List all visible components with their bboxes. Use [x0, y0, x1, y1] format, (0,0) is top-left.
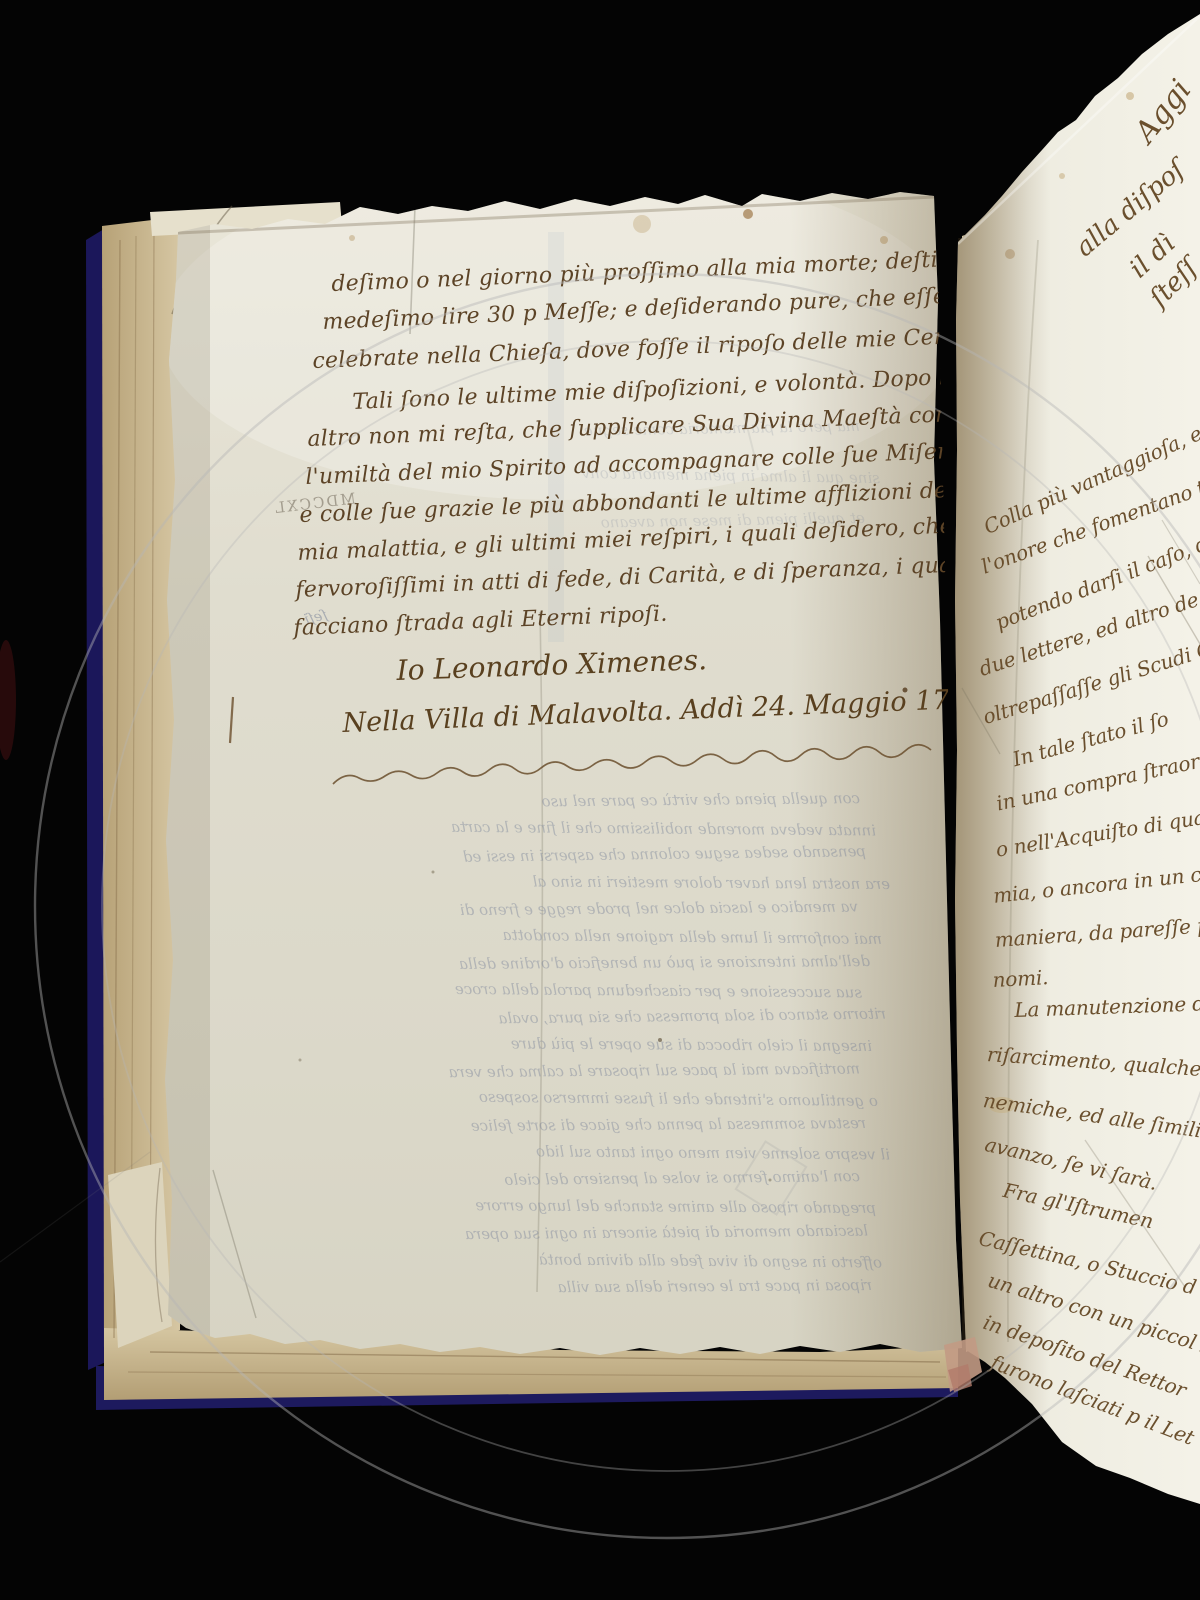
page-block-bottom-edges: [104, 1328, 958, 1400]
signature-flourish: [333, 745, 931, 784]
manuscript-line: Fra gl'Iſtrumen: [1001, 1178, 1156, 1233]
manuscript-fragment: il dì: [1124, 229, 1181, 285]
bleedthrough-line: era nostra lena haver dolore mestieri in…: [330, 871, 890, 893]
manuscript-line: furono laſciati p il Let: [987, 1350, 1197, 1450]
bleedthrough-mark: ſeſi: [267, 607, 329, 637]
bleedthrough-line: dell'alma intenzione si può un beneficio…: [310, 952, 870, 974]
page-block-left-edges: [102, 216, 186, 1352]
bleedthrough-line: sine qua li alma in piena memoria conv: [520, 463, 880, 487]
book-photo: [0, 0, 1200, 1600]
bleedthrough-line: innata vedeva morende nobilissimo che il…: [316, 817, 876, 840]
bleedthrough-line: il vespro solenne vien meno ogni tanto s…: [330, 1141, 890, 1164]
watermark-ring: [0, 0, 1200, 1600]
red-smudge: [0, 640, 16, 760]
bleedthrough-line: et quelli piena di mese non aveano: [505, 509, 865, 533]
manuscript-line: oltrepaſſaſſe gli Scudi C: [980, 636, 1200, 729]
bleedthrough-line: pregando riposo alle anime stanche del l…: [316, 1195, 876, 1217]
torn-paper-fragment: [944, 1337, 982, 1392]
bleedthrough-line: mai conforme il lume della ragione nella…: [322, 924, 882, 948]
bleedthrough-line: lasciando memoria di pietà sincera in og…: [308, 1222, 868, 1245]
manuscript-line: facciano ſtrada agli Eterni ripoſi.: [293, 602, 668, 641]
left-page-text: deſimo o nel giorno più proſſimo alla mi…: [0, 0, 1200, 1600]
manuscript-line: deſimo o nel giorno più proſſimo alla mi…: [331, 243, 1051, 297]
manuscript-line: o nell'Acquiſto di qual: [994, 804, 1200, 862]
bleedthrough-line: con quella piena che virtù ce pare nel u…: [300, 789, 860, 813]
gutter-shadow-line: [960, 238, 964, 1350]
manuscript-fragment: ſteſſ: [1144, 253, 1200, 313]
manuscript-fragment: Aggi: [1128, 73, 1198, 149]
bleedthrough-line: sua successione e per ciascheduna parola…: [302, 979, 862, 1002]
under-sheet-top-corner: [150, 202, 342, 236]
bleedthrough-line: offerto in segno di viva fede alla divin…: [322, 1249, 882, 1272]
manuscript-line: l'onore che fomentano tutt: [978, 465, 1200, 578]
signature-line: Io Leonardo Ximenes.: [396, 643, 707, 687]
manuscript-line: fervoroſiſſimi in atti di fede, di Carit…: [295, 551, 1003, 603]
manuscript-line: e colle ſue grazie le più abbondanti le …: [299, 477, 976, 528]
bleedthrough-line: con l'animo fermo si volse al pensiero d…: [300, 1167, 860, 1191]
photo-stage: ma però la pia memoria come segue sine q…: [0, 0, 1200, 1600]
bleedthrough-line: restava sommessa la penna che giace di s…: [306, 1114, 866, 1136]
foxing-stains: [299, 92, 1135, 1182]
manuscript-line: medeſimo lire 30 p Meſſe; e deſiderando …: [322, 281, 1010, 335]
bleedthrough-line: insegna il cielo ribocca di sue opere le…: [312, 1033, 872, 1055]
manuscript-line: in una compra ſtraordina: [994, 740, 1200, 816]
manuscript-line: riſarcimento, qualche av: [986, 1042, 1200, 1083]
right-page: [955, 14, 1200, 1504]
manuscript-line: Colla più vantaggioſa, e ſ: [980, 416, 1200, 539]
manuscript-line: l'umiltà del mio Spirito ad accompagnare…: [305, 436, 1034, 490]
manuscript-line: mia malattia, e gli ultimi miei reſpiri,…: [297, 511, 1017, 566]
manuscript-line: nomi.: [992, 965, 1049, 992]
book-cover-left-edge: [86, 229, 106, 1370]
book-cover-bottom-edge: [96, 1366, 958, 1410]
bleedthrough-layer: ma però la pia memoria come segue sine q…: [0, 0, 1200, 1600]
bleedthrough-line: pensando sedea segue colonna che aspersi…: [306, 842, 866, 868]
manuscript-line: Tali ſono le ultime mie diſpoſizioni, e …: [352, 362, 1023, 415]
gutter-page-edges: [962, 228, 990, 1352]
manuscript-line: mia, o ancora in un cu: [992, 861, 1200, 908]
manuscript-line: avanzo, ſe vi ſarà.: [983, 1132, 1160, 1195]
dateline: Nella Villa di Malavolta. Addì 24. Maggi…: [342, 683, 993, 739]
manuscript-line: altro non mi reſta, che ſupplicare Sua D…: [307, 400, 1012, 452]
bleedthrough-line: riposa in pace tra le ceneri della sua v…: [312, 1276, 872, 1298]
under-sheet-bottom-corner: [108, 1162, 172, 1348]
bleedthrough-line: ritorno stanco di sola promessa che sia …: [326, 1005, 886, 1030]
margin-pen-stroke: [230, 697, 233, 743]
manuscript-line: Caſſettina, o Stuccio d: [977, 1226, 1199, 1299]
left-page: [165, 192, 962, 1355]
manuscript-line: nemiche, ed alle ſimili co: [982, 1088, 1200, 1146]
manuscript-line: potendo darſi il caſo, de: [992, 527, 1200, 634]
bleedthrough-line: mortificava mai la pace sul riposare la …: [300, 1060, 860, 1083]
manuscript-line: maniera, da pareſſe p: [994, 913, 1200, 952]
manuscript-line: La manutenzione delle: [1014, 990, 1200, 1022]
manuscript-line: In tale ſtato il ſo: [1010, 707, 1171, 772]
manuscript-line: un altro con un piccol B: [985, 1268, 1200, 1360]
manuscript-line: due lettere, ed altro de oc: [976, 578, 1200, 681]
bleedthrough-line: ma però la pia memoria come segue: [500, 417, 860, 441]
manuscript-fragment: alla diſpoſ: [1070, 155, 1191, 263]
manuscript-line: in depoſito del Rettor: [980, 1310, 1189, 1402]
right-page-text: Aggi alla diſpoſ il dì ſteſſ Colla più v…: [0, 0, 1200, 1600]
bleedthrough-roman-numeral: MDCCXL: [245, 489, 356, 520]
bleedthrough-line: va mendico e lascia dolce nel prode regg…: [298, 898, 858, 921]
bleedthrough-line: o gentiluomo s'intende che li fusse imme…: [318, 1086, 878, 1110]
manuscript-line: celebrate nella Chieſa, dove foſſe il ri…: [312, 323, 987, 374]
